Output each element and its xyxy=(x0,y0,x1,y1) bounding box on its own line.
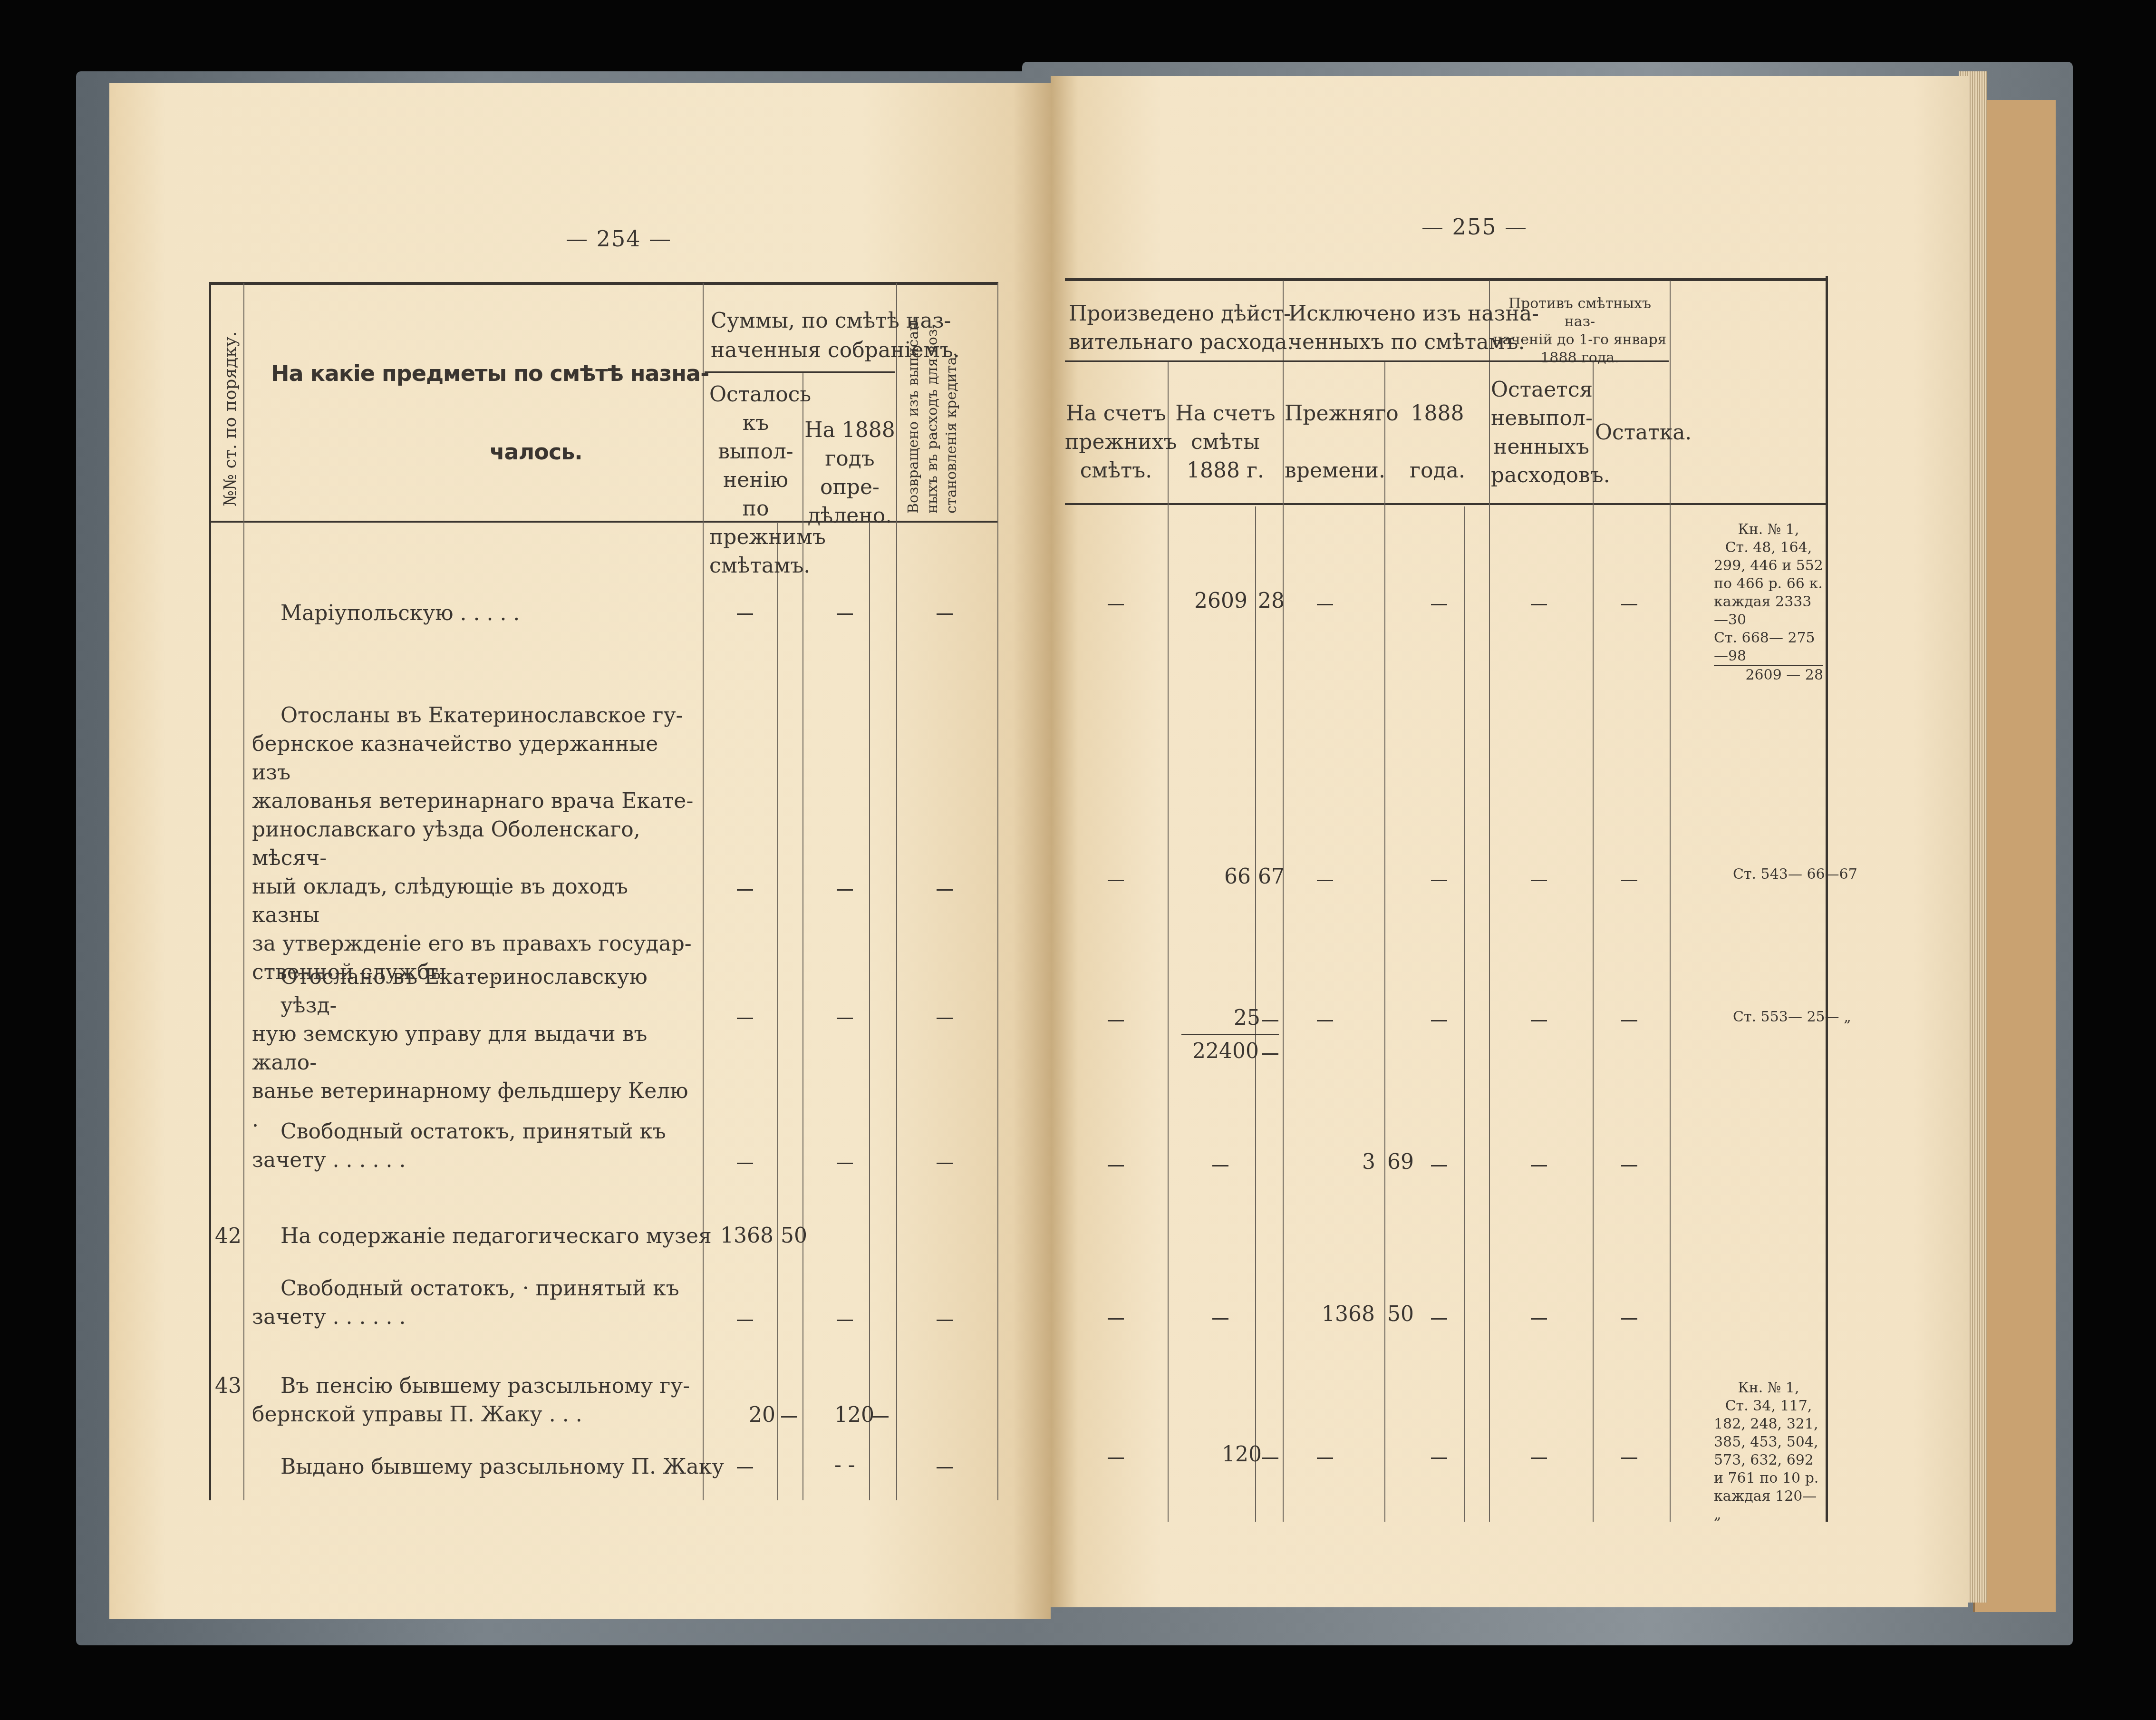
left-page: — 254 — №№ ст. по порядку. На какіе пред… xyxy=(109,83,1051,1619)
y1888-kopecks: 28 xyxy=(1258,589,1285,613)
row-text: На содержаніе педагогическаго музея xyxy=(280,1222,712,1251)
alloc-1888-rubles: 120 xyxy=(834,1403,874,1427)
article-number: 43 xyxy=(215,1372,242,1400)
header-actual-group-2: вительнаго расхода. xyxy=(1069,328,1294,357)
header-1888-estimate: На счетъ смѣты 1888 г. xyxy=(1170,399,1281,485)
reference-note: Ст. 553— 25— „ xyxy=(1733,1008,1851,1026)
remaining-rubles: 20 xyxy=(749,1403,775,1427)
row-dash xyxy=(737,613,753,615)
page-number: — 254 — xyxy=(566,226,672,252)
row-text-block: Свободный остатокъ, · принятый къ зачету… xyxy=(252,1274,699,1331)
header-actual-group-1: Произведено дѣйст- xyxy=(1069,300,1291,328)
header-subject-line2: чалось. xyxy=(490,437,582,466)
remaining-kopecks: 50 xyxy=(781,1224,807,1248)
header-prev-time: Прежняго времени. xyxy=(1285,399,1384,485)
header-remainder: Остатка. xyxy=(1595,418,1692,447)
row-text-block: Свободный остатокъ, принятый къ зачету .… xyxy=(252,1118,699,1175)
header-returned: Возвращено изъ выписан- ныхъ въ расходъ … xyxy=(904,285,961,514)
header-remaining: Осталось къ выпол- ненію по прежнимъ смѣ… xyxy=(709,380,802,580)
header-unfulfilled: Остается невыпол- ненныхъ расходовъ. xyxy=(1491,376,1592,490)
row-text-block: Отосланы въ Екатеринославское гу- бернск… xyxy=(252,701,699,987)
header-bottom-rule xyxy=(1065,503,1826,505)
row-text: Маріупольскую . . . . . xyxy=(280,599,520,628)
article-number: 42 xyxy=(215,1222,242,1251)
subtotal: 22400 xyxy=(1192,1039,1259,1063)
right-page: — 255 — Произведено дѣйст- вительнаго ра… xyxy=(1051,76,1968,1607)
row-text-block: Отослано въ Екатеринославскую уѣзд- ную … xyxy=(252,963,699,1134)
header-excluded-group-2: ченныхъ по смѣтамъ. xyxy=(1288,328,1525,357)
row-text: Выдано бывшему разсыльному П. Жаку xyxy=(280,1453,724,1481)
remaining-rubles: 1368 xyxy=(720,1224,773,1248)
table-top-rule xyxy=(209,282,998,285)
reference-note: Кн. № 1, Ст. 48, 164, 299, 446 и 552 по … xyxy=(1714,521,1823,684)
y1888-rubles: 2609 xyxy=(1194,589,1247,613)
header-article-number: №№ ст. по порядку. xyxy=(216,331,245,506)
page-number: — 255 — xyxy=(1421,214,1528,240)
table-top-rule xyxy=(1065,278,1826,281)
reference-note: Кн. № 1, Ст. 34, 117, 182, 248, 321, 385… xyxy=(1714,1379,1823,1524)
header-1888-year: 1888 года. xyxy=(1386,399,1489,485)
header-prev-estimates: На счетъ прежнихъ смѣтъ. xyxy=(1065,399,1167,485)
row-text-block: Въ пенсію бывшему разсыльному гу- бернск… xyxy=(252,1372,699,1429)
header-against-group: Противъ смѣтныхъ наз- наченій до 1-го ян… xyxy=(1492,295,1668,367)
header-1888-allocation: На 1888 годъ опре- дѣлено. xyxy=(803,416,896,530)
reference-note: Ст. 543— 66—67 xyxy=(1733,865,1857,884)
header-subject-line1: На какіе предметы по смѣтѣ назна- xyxy=(271,359,709,388)
